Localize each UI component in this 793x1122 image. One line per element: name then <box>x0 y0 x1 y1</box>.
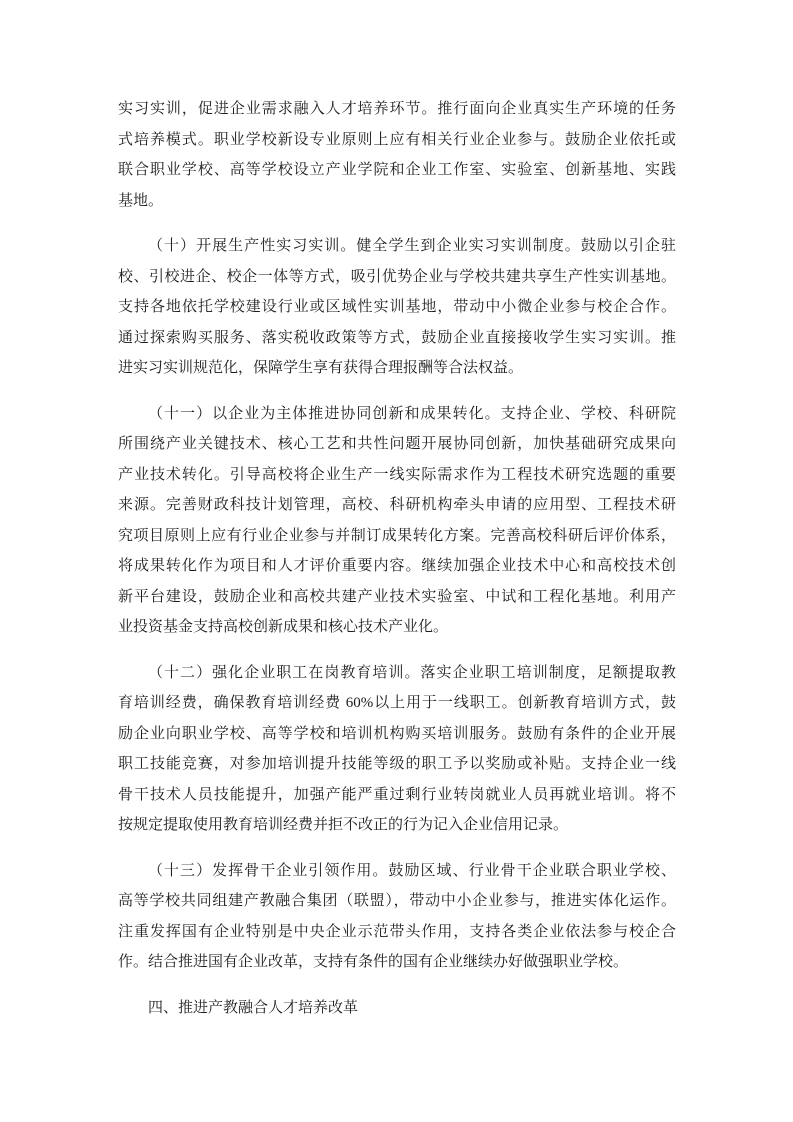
text-line: 来源。完善财政科技计划管理，高校、科研机构牵头申请的应用型、工程技术研 <box>118 490 676 521</box>
para-item-13: （十三）发挥骨干企业引领作用。鼓励区域、行业骨干企业联合职业学校、高等学校共同组… <box>118 856 676 978</box>
document-page: 实习实训，促进企业需求融入人才培养环节。推行面向企业真实生产环境的任务式培养模式… <box>0 0 793 1122</box>
text-line: （十）开展生产性实习实训。健全学生到企业实习实训制度。鼓励以引企驻 <box>118 231 676 262</box>
text-line: 进实习实训规范化，保障学生享有获得合理报酬等合法权益。 <box>118 353 676 384</box>
text-line: （十一）以企业为主体推进协同创新和成果转化。支持企业、学校、科研院 <box>118 399 676 430</box>
text-line: 通过探索购买服务、落实税收政策等方式，鼓励企业直接接收学生实习实训。推 <box>118 323 676 354</box>
text-line: 基地。 <box>118 186 676 217</box>
text-line: （十三）发挥骨干企业引领作用。鼓励区域、行业骨干企业联合职业学校、 <box>118 856 676 887</box>
para-item-11: （十一）以企业为主体推进协同创新和成果转化。支持企业、学校、科研院所围绕产业关键… <box>118 399 676 643</box>
text-line: 注重发挥国有企业特别是中央企业示范带头作用，支持各类企业依法参与校企合 <box>118 917 676 948</box>
text-line: 育培训经费，确保教育培训经费 60%以上用于一线职工。创新教育培训方式，鼓 <box>118 688 676 719</box>
text-line: 式培养模式。职业学校新设专业原则上应有相关行业企业参与。鼓励企业依托或 <box>118 125 676 156</box>
section-heading: 四、推进产教融合人才培养改革 <box>118 993 676 1024</box>
text-line: 业投资基金支持高校创新成果和核心技术产业化。 <box>118 612 676 643</box>
text-line: （十二）强化企业职工在岗教育培训。落实企业职工培训制度，足额提取教 <box>118 658 676 689</box>
text-line: 校、引校进企、校企一体等方式，吸引优势企业与学校共建共享生产性实训基地。 <box>118 262 676 293</box>
text-line: 新平台建设，鼓励企业和高校共建产业技术实验室、中试和工程化基地。利用产 <box>118 582 676 613</box>
para-continuation: 实习实训，促进企业需求融入人才培养环节。推行面向企业真实生产环境的任务式培养模式… <box>118 94 676 216</box>
text-line: 所围绕产业关键技术、核心工艺和共性问题开展协同创新，加快基础研究成果向 <box>118 429 676 460</box>
para-item-10: （十）开展生产性实习实训。健全学生到企业实习实训制度。鼓励以引企驻校、引校进企、… <box>118 231 676 384</box>
text-line: 支持各地依托学校建设行业或区域性实训基地，带动中小微企业参与校企合作。 <box>118 292 676 323</box>
text-line: 将成果转化作为项目和人才评价重要内容。继续加强企业技术中心和高校技术创 <box>118 551 676 582</box>
text-line: 高等学校共同组建产教融合集团（联盟），带动中小企业参与，推进实体化运作。 <box>118 886 676 917</box>
text-line: 职工技能竞赛，对参加培训提升技能等级的职工予以奖励或补贴。支持企业一线 <box>118 749 676 780</box>
text-line: 产业技术转化。引导高校将企业生产一线实际需求作为工程技术研究选题的重要 <box>118 460 676 491</box>
text-line: 作。结合推进国有企业改革，支持有条件的国有企业继续办好做强职业学校。 <box>118 947 676 978</box>
document-body: 实习实训，促进企业需求融入人才培养环节。推行面向企业真实生产环境的任务式培养模式… <box>118 94 676 1023</box>
text-line: 励企业向职业学校、高等学校和培训机构购买培训服务。鼓励有条件的企业开展 <box>118 719 676 750</box>
text-line: 联合职业学校、高等学校设立产业学院和企业工作室、实验室、创新基地、实践 <box>118 155 676 186</box>
text-line: 骨干技术人员技能提升，加强产能严重过剩行业转岗就业人员再就业培训。将不 <box>118 780 676 811</box>
text-line: 究项目原则上应有行业企业参与并制订成果转化方案。完善高校科研后评价体系， <box>118 521 676 552</box>
text-line: 实习实训，促进企业需求融入人才培养环节。推行面向企业真实生产环境的任务 <box>118 94 676 125</box>
text-line: 按规定提取使用教育培训经费并拒不改正的行为记入企业信用记录。 <box>118 810 676 841</box>
para-item-12: （十二）强化企业职工在岗教育培训。落实企业职工培训制度，足额提取教育培训经费，确… <box>118 658 676 841</box>
